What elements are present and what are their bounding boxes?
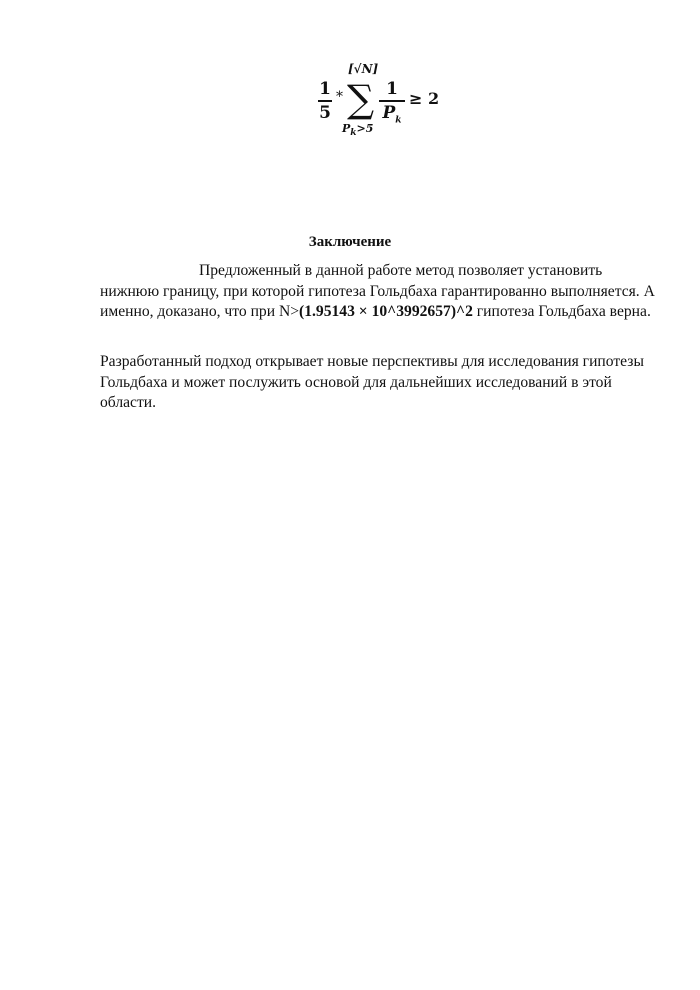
summation-symbol: ∑: [347, 80, 374, 118]
coefficient-denominator: 5: [318, 104, 332, 122]
term-denominator: Pk: [379, 104, 405, 129]
coefficient-numerator: 1: [318, 80, 332, 98]
denominator-variable: P: [382, 103, 395, 123]
denominator-subscript: k: [395, 115, 401, 125]
sum-lower-limit: Pk>5: [342, 122, 373, 138]
multiply-operator: *: [336, 89, 343, 105]
fraction-bar: [379, 100, 405, 102]
coefficient-fraction: 1 5: [318, 80, 332, 122]
document-page: 1 5 * [√N] ∑ Pk>5 1 Pk ≥ 2 Заключение Пр…: [0, 0, 700, 990]
paragraph-1-tail: гипотеза Гольдбаха верна.: [473, 303, 651, 320]
term-numerator: 1: [379, 80, 405, 98]
fraction-bar: [318, 100, 332, 102]
conclusion-paragraph-2: Разработанный подход открывает новые пер…: [100, 352, 660, 414]
conclusion-heading: Заключение: [0, 234, 700, 251]
term-fraction: 1 Pk: [379, 80, 405, 129]
sum-inequality-formula: 1 5 * [√N] ∑ Pk>5 1 Pk ≥ 2: [315, 62, 445, 142]
inequality-relation: ≥ 2: [409, 89, 439, 108]
bound-expression: (1.95143 × 10^3992657)^2: [299, 303, 473, 320]
conclusion-paragraph-1: Предложенный в данной работе метод позво…: [100, 261, 660, 323]
lower-limit-condition: >5: [357, 122, 374, 135]
sum-upper-limit: [√N]: [348, 62, 378, 76]
